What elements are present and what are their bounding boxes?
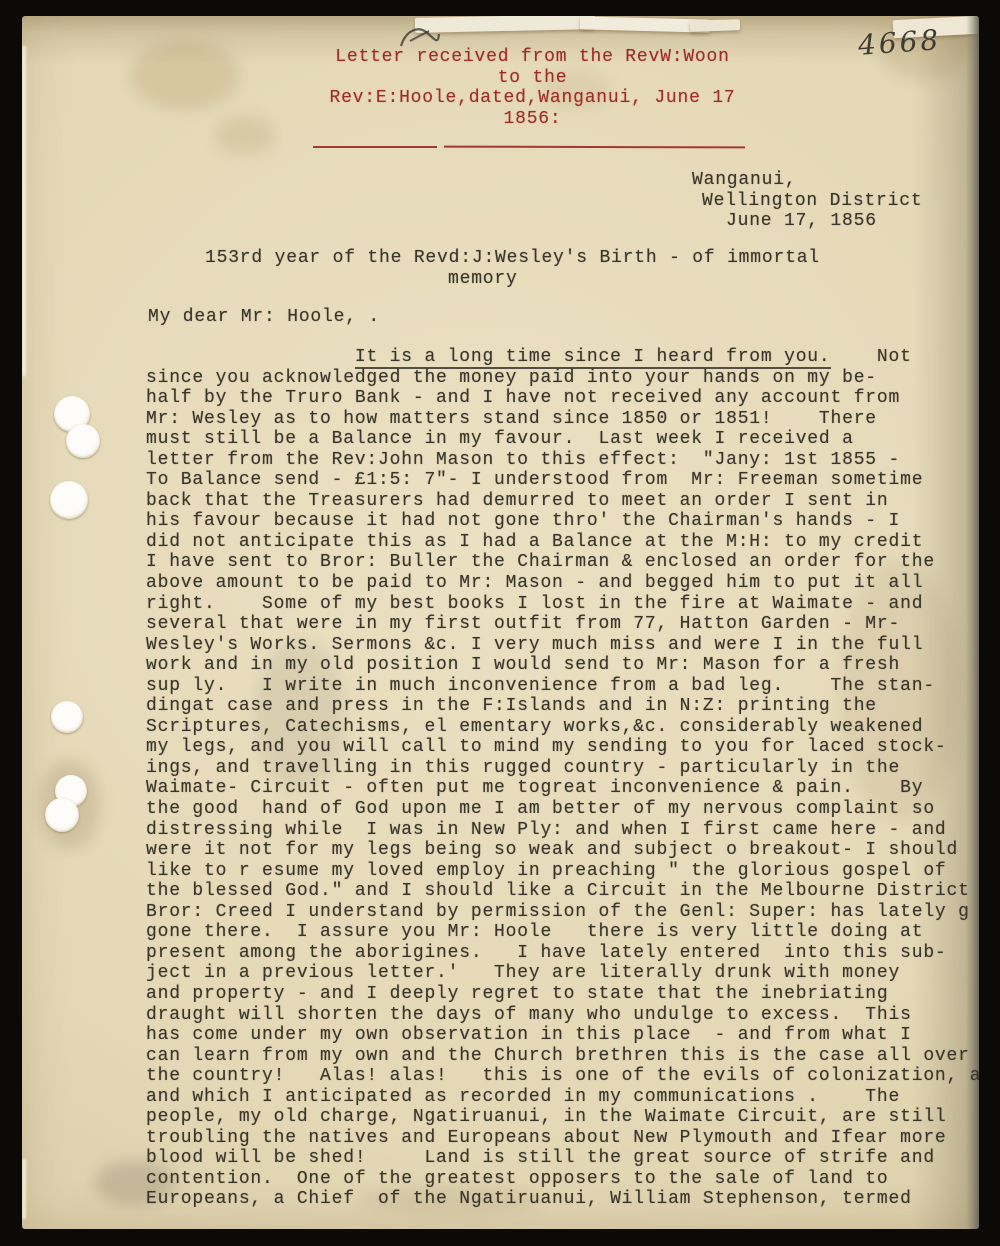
letter-line: the good hand of God upon me I am better… <box>146 799 979 820</box>
opening-rest: Not <box>831 347 912 367</box>
paper-left-edge <box>22 1159 26 1219</box>
letter-line: above amount to be paid to Mr: Mason - a… <box>146 573 979 594</box>
letter-line: like to r esume my loved employ in preac… <box>146 861 979 882</box>
letter-line: present among the aborigines. I have lat… <box>146 943 979 964</box>
red-underline <box>313 146 437 148</box>
letter-line: right. Some of my best books I lost in t… <box>146 594 979 615</box>
punch-hole <box>51 701 83 733</box>
letter-line: and property - and I deeply regret to st… <box>146 984 979 1005</box>
letter-line: work and in my old position I would send… <box>146 655 979 676</box>
header-line: Rev:E:Hoole,dated,Wanganui, June 17 <box>310 88 755 109</box>
letter-line: were it not for my legs being so weak an… <box>146 840 979 861</box>
letter-body: It is a long time since I heard from you… <box>146 347 979 1210</box>
letter-line: has come under my own observation in thi… <box>146 1025 979 1046</box>
letter-line: Scriptures, Catechisms, el ementary work… <box>146 717 979 738</box>
address-line: Wanganui, <box>692 170 922 191</box>
letter-line: Waimate- Circuit - often put me togreat … <box>146 778 979 799</box>
letter-opening-line: It is a long time since I heard from you… <box>146 347 979 368</box>
letter-line: gone there. I assure you Mr: Hoole there… <box>146 922 979 943</box>
archive-number: 4668 <box>857 23 942 62</box>
paper-stain <box>130 40 240 110</box>
letter-line: ings, and travelling in this rugged coun… <box>146 758 979 779</box>
letter-line: can learn from my own and the Church bre… <box>146 1046 979 1067</box>
letter-page: 4668 Letter received from the RevW:Woon … <box>22 16 979 1229</box>
address-block: Wanganui, Wellington District June 17, 1… <box>692 170 922 232</box>
letter-line: must still be a Balance in my favour. La… <box>146 429 979 450</box>
punch-hole <box>45 798 79 832</box>
birthday-heading: 153rd year of the Revd:J:Wesley's Birth … <box>205 248 820 269</box>
letter-line: my legs, and you will call to mind my se… <box>146 737 979 758</box>
letter-line: sup ly. I write in much inconvenience fr… <box>146 676 979 697</box>
address-line: June 17, 1856 <box>726 211 922 232</box>
punch-hole <box>50 481 88 519</box>
letter-line: distressing while I was in New Ply: and … <box>146 820 979 841</box>
paper-left-edge <box>22 46 26 376</box>
letter-line: Europeans, a Chief of the Ngatiruanui, W… <box>146 1189 979 1210</box>
opening-indent <box>146 347 355 367</box>
punch-hole <box>66 424 100 458</box>
address-line: Wellington District <box>702 191 922 212</box>
header-line: to the <box>310 68 755 89</box>
letter-line: ject in a previous letter.' They are lit… <box>146 963 979 984</box>
letter-line: several that were in my first outfit fro… <box>146 614 979 635</box>
letter-line: did not anticipate this as I had a Balan… <box>146 532 979 553</box>
letter-line: blood will be shed! Land is still the gr… <box>146 1148 979 1169</box>
letter-line: troubling the natives and Europeans abou… <box>146 1128 979 1149</box>
letter-line: since you acknowledged the money paid in… <box>146 368 979 389</box>
letter-line: Bror: Creed I understand by permission o… <box>146 902 979 923</box>
letter-line: Mr: Wesley as to how matters stand since… <box>146 409 979 430</box>
torn-edge <box>690 19 740 32</box>
letter-header: Letter received from the RevW:Woon to th… <box>310 47 755 129</box>
opening-underlined-sentence: It is a long time since I heard from you… <box>355 347 831 369</box>
header-line: Letter received from the RevW:Woon <box>310 47 755 68</box>
letter-line: dingat case and press in the F:Islands a… <box>146 696 979 717</box>
letter-line: contention. One of the greatest opposers… <box>146 1169 979 1190</box>
letter-line: the blessed God." and I should like a Ci… <box>146 881 979 902</box>
letter-line: back that the Treasurers had demurred to… <box>146 491 979 512</box>
paper-stain <box>215 115 275 155</box>
salutation: My dear Mr: Hoole, . <box>148 307 380 328</box>
letter-line: the country! Alas! alas! this is one of … <box>146 1066 979 1087</box>
birthday-heading: memory <box>448 269 518 290</box>
letter-line: I have sent to Bror: Buller the Chairman… <box>146 552 979 573</box>
letter-line: half by the Truro Bank - and I have not … <box>146 388 979 409</box>
letter-line: To Balance send - £1:5: 7"- I understood… <box>146 470 979 491</box>
letter-line: people, my old charge, Ngatiruanui, in t… <box>146 1107 979 1128</box>
header-line: 1856: <box>310 109 755 130</box>
letter-line: letter from the Rev:John Mason to this e… <box>146 450 979 471</box>
red-underline <box>444 146 745 149</box>
letter-line: and which I anticipated as recorded in m… <box>146 1087 979 1108</box>
letter-line: draught will shorten the days of many wh… <box>146 1005 979 1026</box>
letter-lines: since you acknowledged the money paid in… <box>146 368 979 1210</box>
letter-line: his favour because it had not gone thro'… <box>146 511 979 532</box>
letter-line: Wesley's Works. Sermons &c. I very much … <box>146 635 979 656</box>
